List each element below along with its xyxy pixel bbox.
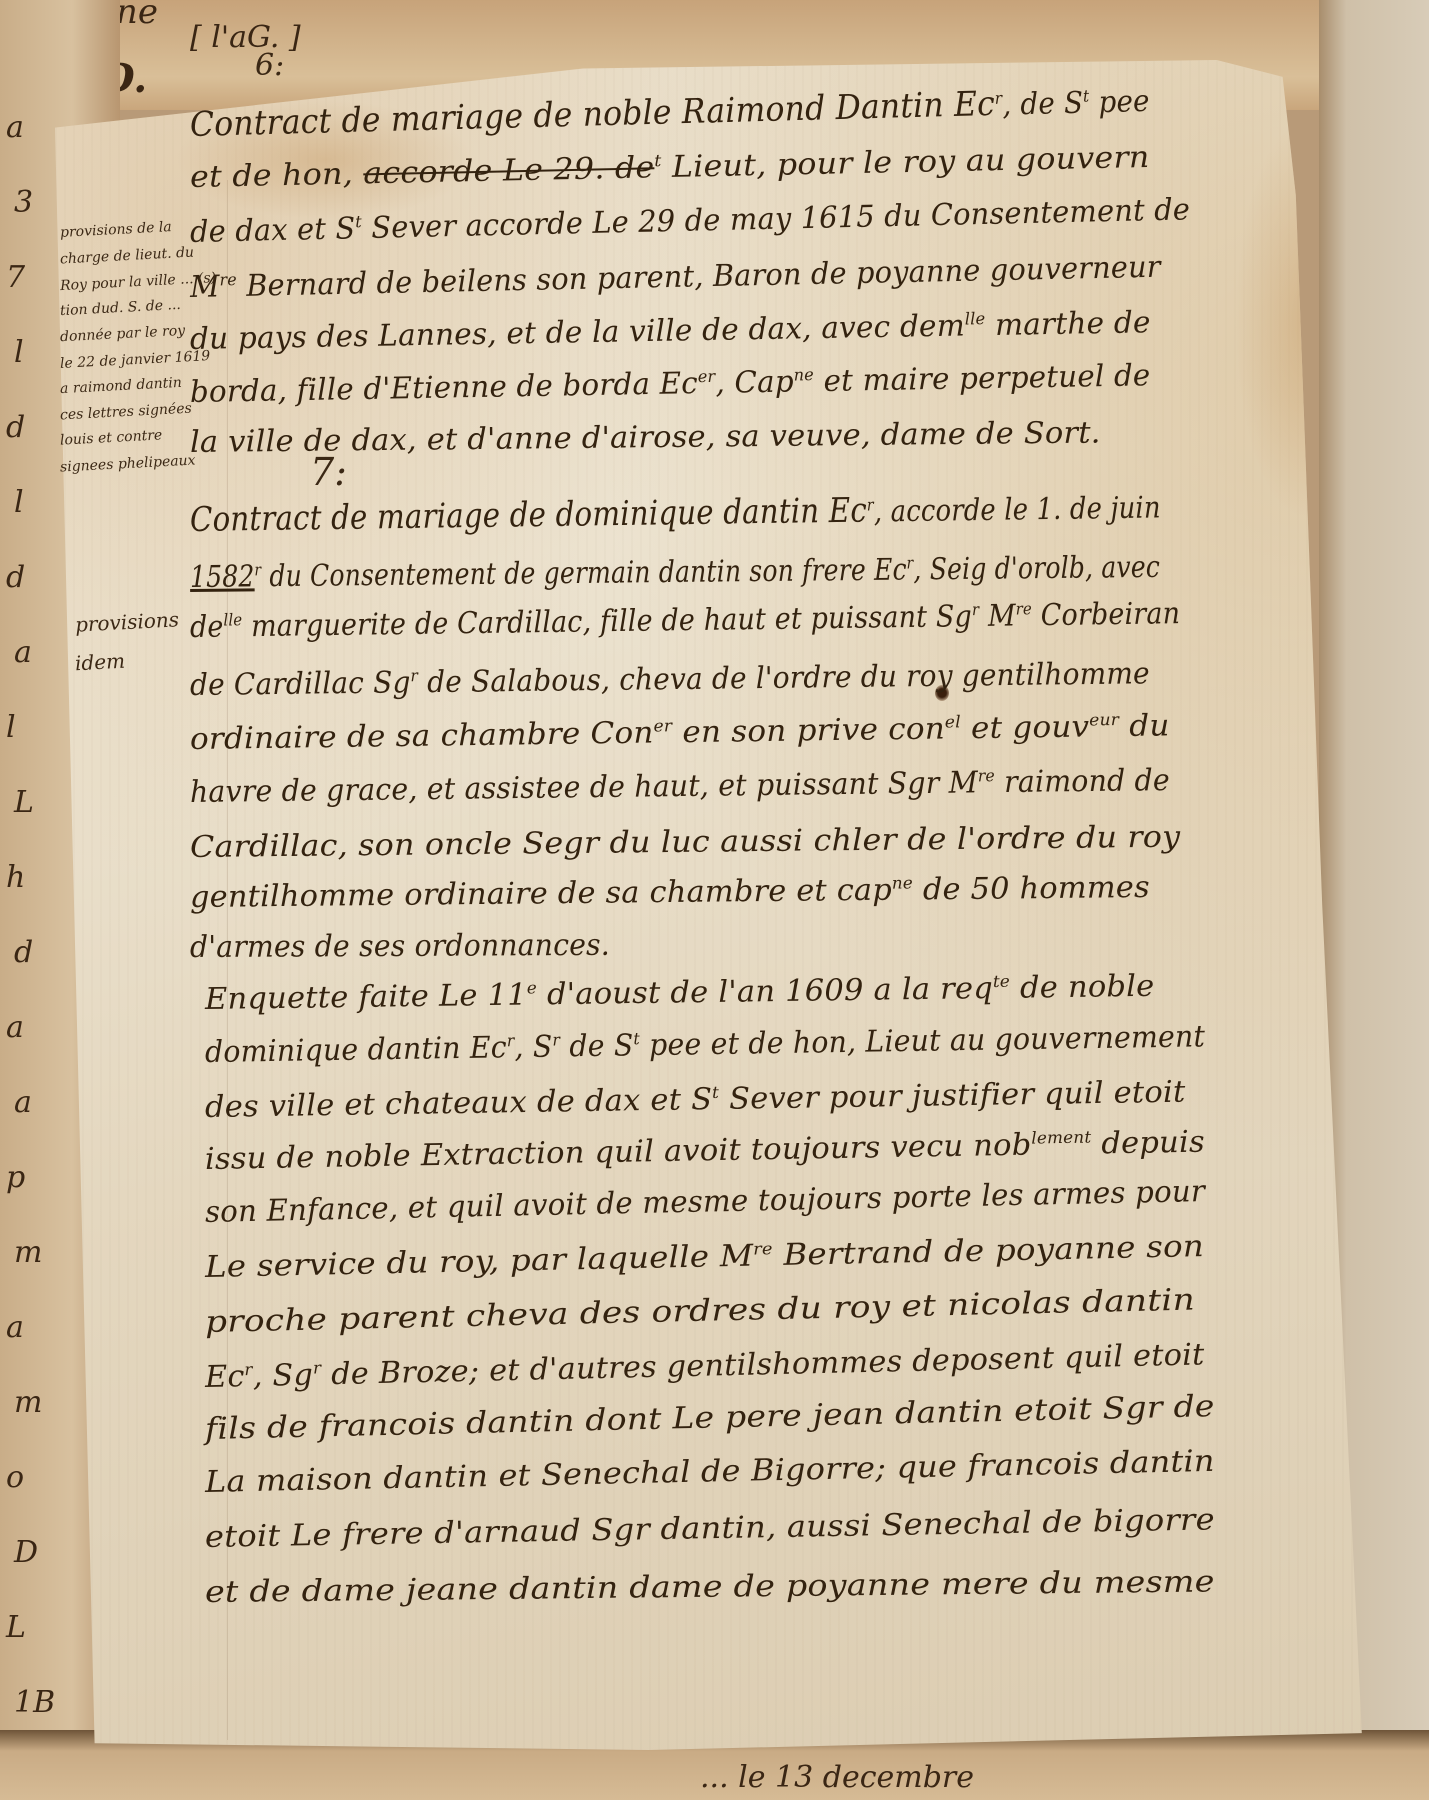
under-page-fragment: a [6,1310,24,1345]
under-page-fragment: h [6,860,25,895]
under-page-fragment: a [6,110,24,145]
under-page-fragment: 7 [6,260,25,295]
under-page-fragment: L [6,1610,26,1645]
under-page-fragment: p [6,1160,25,1195]
under-page-fragment: m [14,1385,42,1420]
under-page-fragment: d [14,935,33,970]
under-page-fragment: m [14,1235,42,1270]
entry-number-6: 6: [255,48,284,83]
under-page-fragment: a [14,635,32,670]
under-page-fragment: o [6,1460,24,1495]
under-page-fragment: D [14,1535,38,1570]
under-page-fragment: 3 [14,185,33,220]
under-page-fragment: d [6,410,25,445]
under-page-fragment: l [14,485,24,520]
under-page-fragment: a [14,1085,32,1120]
under-page-fragment: l [6,710,16,745]
under-page-fragment: a [6,1010,24,1045]
manuscript-line: d'armes de ses ordonnances. [190,928,610,965]
entry-number-7: 7: [310,450,347,494]
under-page-fragment: L [14,785,34,820]
under-page-text-bottom: ... le 13 decembre [700,1760,974,1795]
under-page-fragment: l [14,335,24,370]
under-page-fragment: d [6,560,25,595]
under-page-fragment: 1B [14,1685,55,1720]
margin-note-line: idem [74,649,125,676]
